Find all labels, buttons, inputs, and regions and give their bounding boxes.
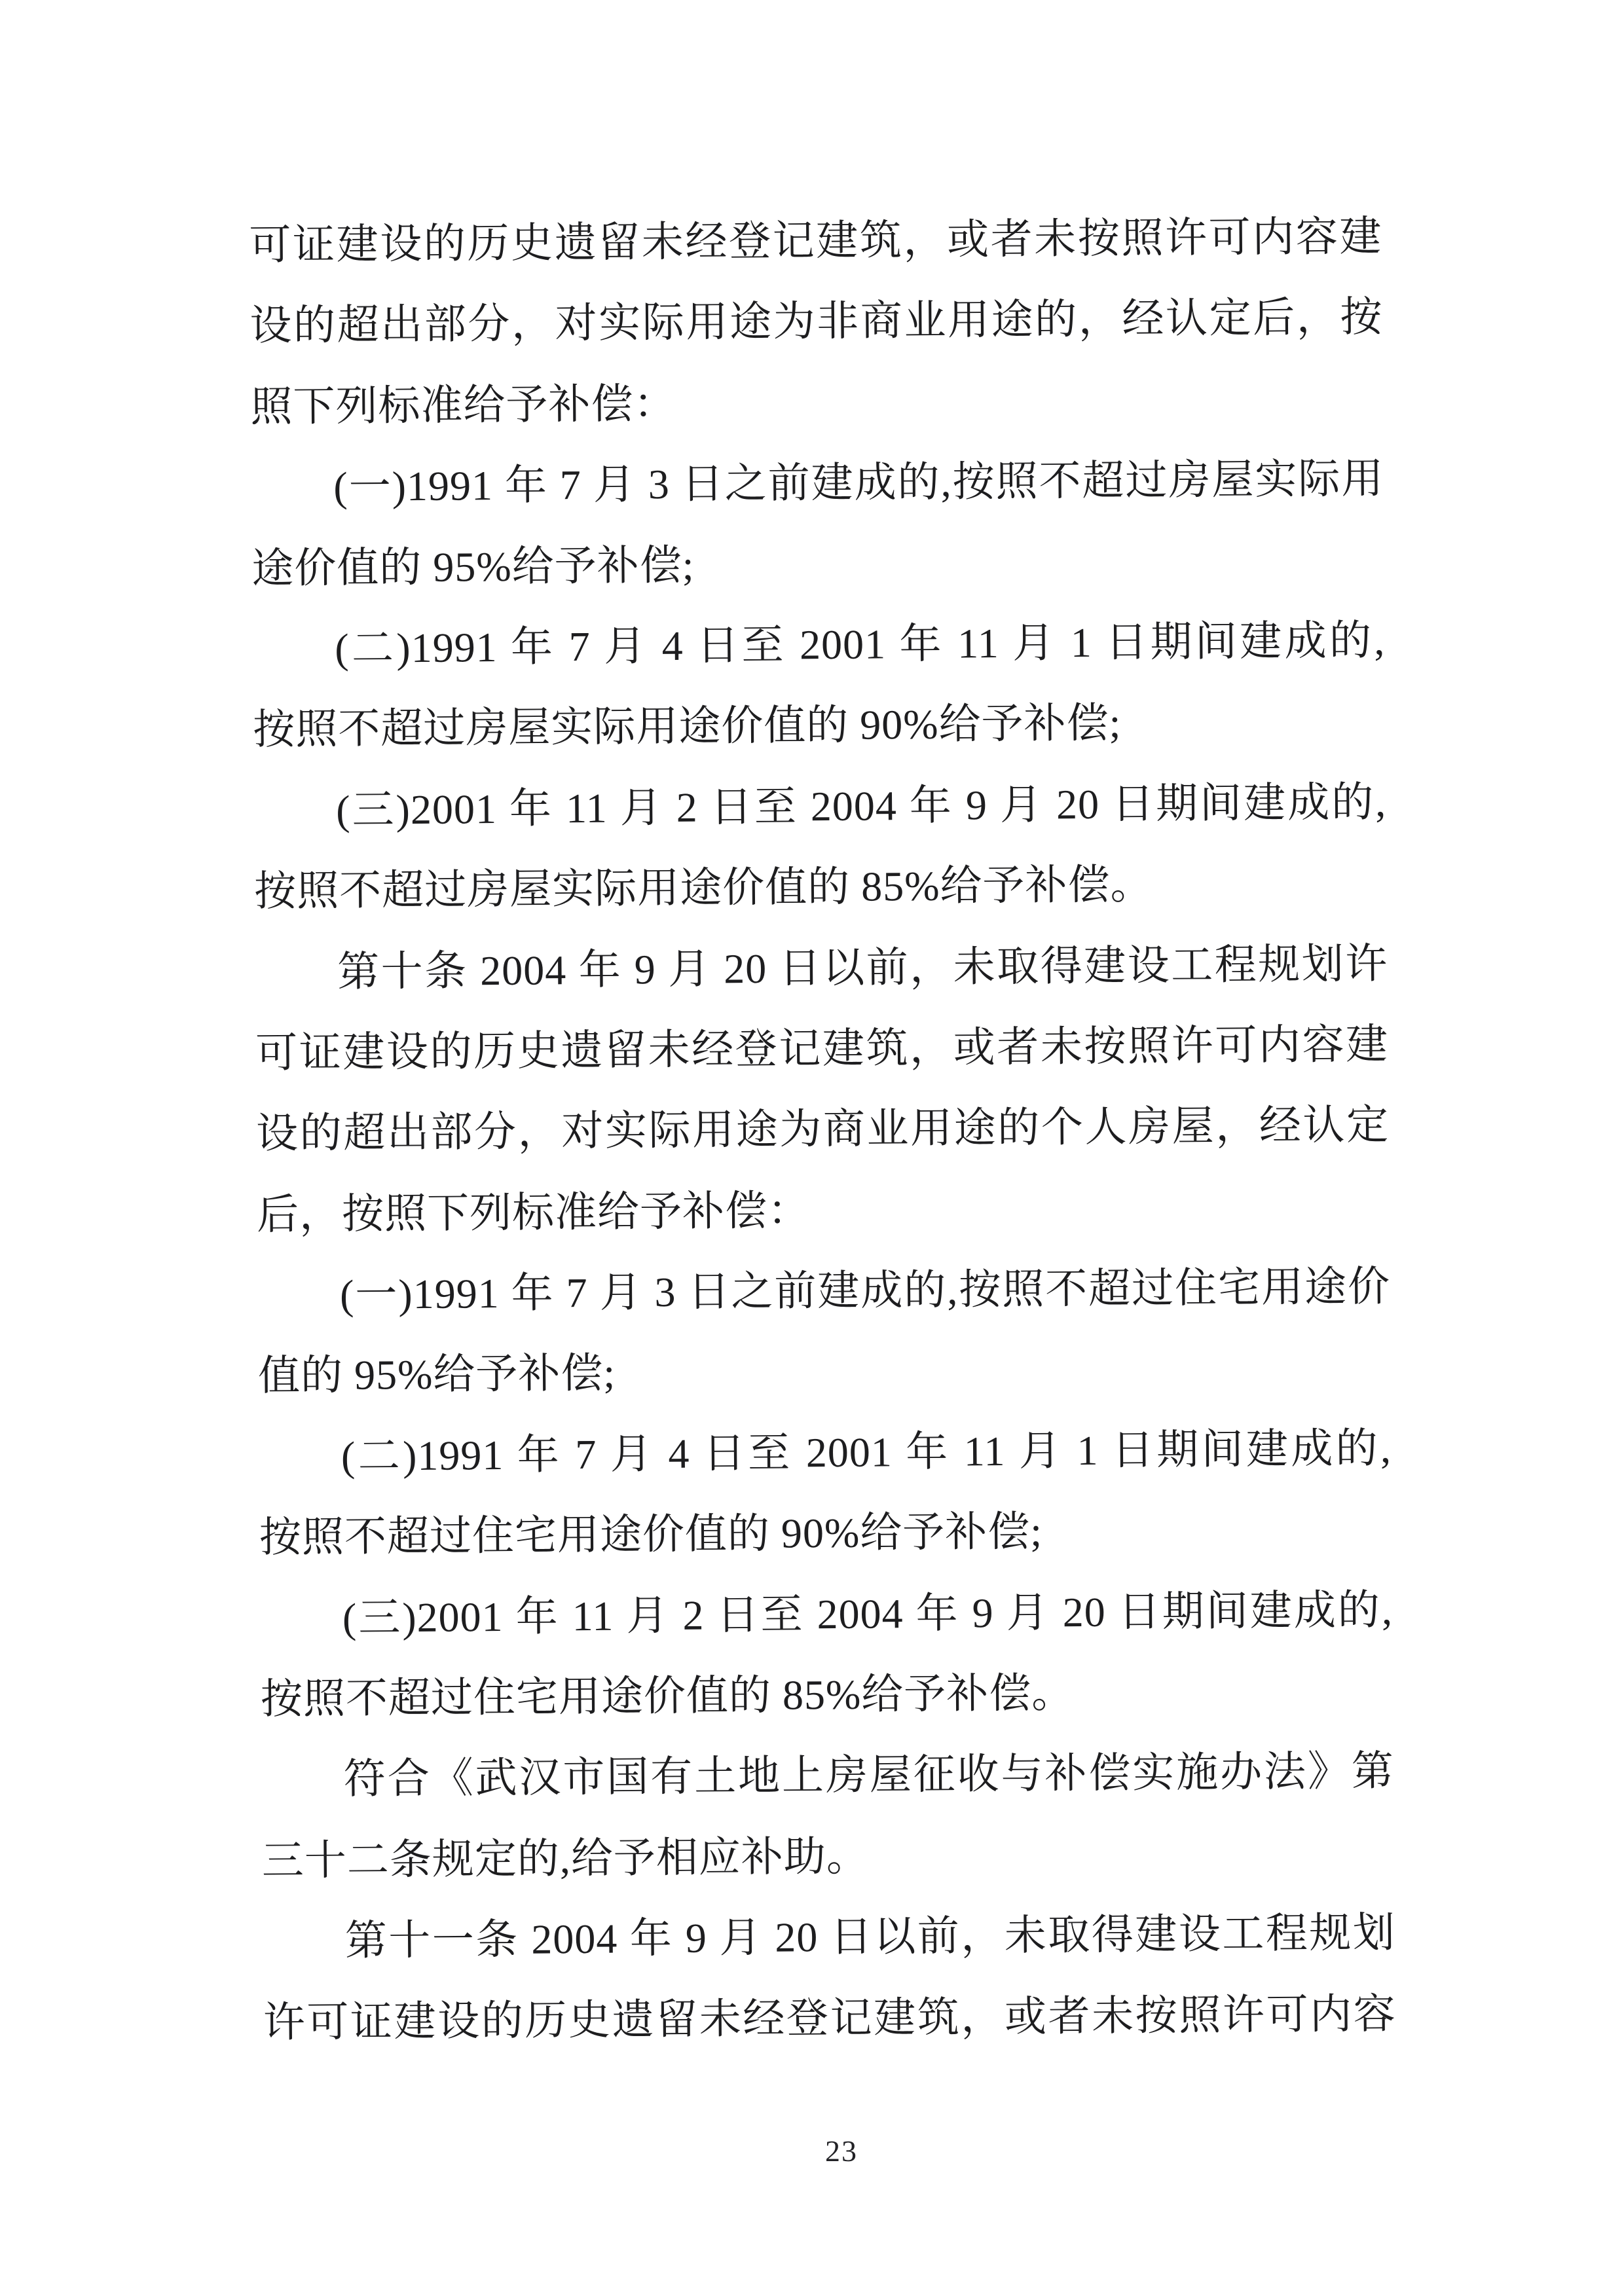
text-line: 按照不超过住宅用途价值的 90%给予补偿; (259, 1489, 1393, 1578)
text-line: 可证建设的历史遗留未经登记建筑，或者未按照许可内容建 (249, 196, 1382, 285)
text-line: (二)1991 年 7 月 4 日至 2001 年 11 月 1 日期间建成的, (259, 1408, 1392, 1497)
text-line: 许可证建设的历史遗留未经登记建筑，或者未按照许可内容 (263, 1973, 1396, 2063)
page-number: 23 (822, 2132, 861, 2171)
text-line: (二)1991 年 7 月 4 日至 2001 年 11 月 1 日期间建成的, (252, 600, 1386, 689)
text-line: 第十条 2004 年 9 月 20 日以前，未取得建设工程规划许 (255, 923, 1388, 1013)
text-line: 按照不超过房屋实际用途价值的 90%给予补偿; (253, 681, 1386, 771)
text-line: 值的 95%给予补偿; (258, 1327, 1392, 1417)
text-line: (三)2001 年 11 月 2 日至 2004 年 9 月 20 日期间建成的… (259, 1569, 1393, 1659)
text-block: 可证建设的历史遗留未经登记建筑，或者未按照许可内容建 设的超出部分，对实际用途为… (249, 196, 1396, 2062)
text-line: (一)1991 年 7 月 3 日之前建成的,按照不超过住宅用途价 (257, 1246, 1391, 1336)
text-line: 三十二条规定的,给予相应补助。 (261, 1812, 1395, 1901)
text-line: 按照不超过住宅用途价值的 85%给予补偿。 (260, 1650, 1393, 1740)
text-line: 设的超出部分，对实际用途为商业用途的个人房屋，经认定 (256, 1085, 1390, 1175)
text-line: 按照不超过房屋实际用途价值的 85%给予补偿。 (254, 843, 1388, 932)
text-line: 可证建设的历史遗留未经登记建筑，或者未按照许可内容建 (255, 1004, 1389, 1093)
text-line: 途价值的 95%给予补偿; (251, 519, 1385, 609)
text-line: 后，按照下列标准给予补偿： (257, 1165, 1390, 1255)
text-line: (三)2001 年 11 月 2 日至 2004 年 9 月 20 日期间建成的… (253, 761, 1387, 851)
text-line: (一)1991 年 7 月 3 日之前建成的,按照不超过房屋实际用 (251, 439, 1384, 528)
text-line: 设的超出部分，对实际用途为非商业用途的，经认定后，按 (249, 277, 1383, 367)
text-line: 照下列标准给予补偿： (250, 357, 1384, 447)
text-line: 第十一条 2004 年 9 月 20 日以前，未取得建设工程规划 (262, 1893, 1395, 1982)
document-page: 可证建设的历史遗留未经登记建筑，或者未按照许可内容建 设的超出部分，对实际用途为… (0, 0, 1624, 2296)
text-line: 符合《武汉市国有土地上房屋征收与补偿实施办法》第 (261, 1731, 1394, 1821)
